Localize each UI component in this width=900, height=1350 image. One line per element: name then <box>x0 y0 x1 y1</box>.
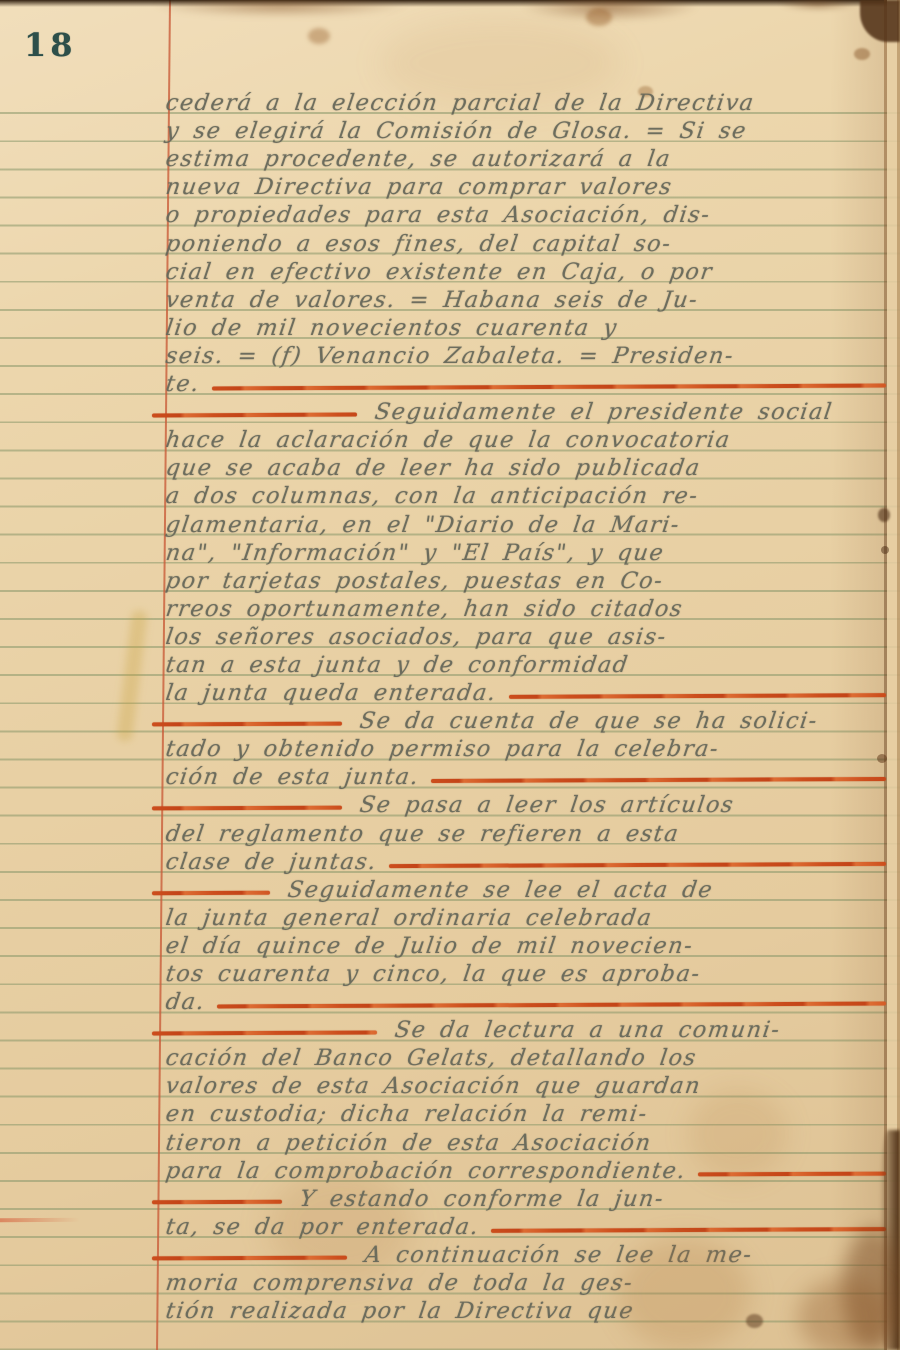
handwriting-text: ta, se da por enterada. <box>164 1215 481 1240</box>
handwriting-text: Se da lectura a una comuni- <box>393 1018 782 1043</box>
handwriting-text: la junta general ordinaria celebrada <box>164 906 654 931</box>
handwriting-text: por tarjetas postales, puestas en Co- <box>164 569 665 594</box>
stain <box>778 0 858 12</box>
handwriting-text: Y estando conforme la jun- <box>298 1187 666 1212</box>
handwriting-text: tan a esta junta y de conformidad <box>164 653 630 678</box>
red-paragraph-dash <box>152 1031 377 1036</box>
notebook-page: 18 cederá a la elección parcial de la Di… <box>0 0 900 1350</box>
handwriting-line: Y estando conforme la jun- <box>152 1184 888 1212</box>
red-end-rule <box>698 1171 886 1176</box>
red-paragraph-dash <box>152 722 342 727</box>
handwriting-text: los señores asociados, para que asis- <box>164 625 668 650</box>
stain <box>308 28 330 44</box>
handwriting-line: estima procedente, se autorizará a la <box>152 144 888 172</box>
handwriting-text: Se da cuenta de que se ha solici- <box>358 709 820 734</box>
handwriting-text: a dos columnas, con la anticipación re- <box>164 484 700 509</box>
handwriting-text: nueva Directiva para comprar valores <box>164 175 674 200</box>
handwriting-text: te. <box>164 372 202 397</box>
red-end-rule <box>389 862 886 868</box>
handwriting-text: en custodia; dicha relación la remi- <box>164 1102 649 1127</box>
handwriting-text: que se acaba de leer ha sido publicada <box>164 456 702 481</box>
handwriting-text: A continuación se lee la me- <box>363 1243 754 1268</box>
red-end-rule <box>431 777 886 783</box>
handwriting-line: tos cuarenta y cinco, la que es aproba- <box>152 959 888 987</box>
handwriting-line: hace la aclaración de que la convocatori… <box>152 425 888 453</box>
handwriting-text: ción de esta junta. <box>164 765 421 790</box>
handwriting-text: Seguidamente se lee el acta de <box>286 878 715 903</box>
handwriting-line: ción de esta junta. <box>152 762 888 790</box>
handwriting-text: tos cuarenta y cinco, la que es aproba- <box>164 962 702 987</box>
handwriting-text: o propiedades para esta Asociación, dis- <box>164 203 712 228</box>
handwriting-text: Seguidamente el presidente social <box>373 400 834 425</box>
handwriting-line: cial en efectivo existente en Caja, o po… <box>152 257 888 285</box>
handwriting-text: tieron a petición de esta Asociación <box>164 1131 653 1156</box>
handwriting-line: o propiedades para esta Asociación, dis- <box>152 200 888 228</box>
handwriting-text: valores de esta Asociación que guardan <box>164 1074 703 1099</box>
stain <box>520 0 700 22</box>
handwriting-line: A continuación se lee la me- <box>152 1240 888 1268</box>
handwriting-text: rreos oportunamente, han sido citados <box>164 597 685 622</box>
red-paragraph-dash <box>152 1256 347 1261</box>
handwriting-text: cederá a la elección parcial de la Direc… <box>164 91 756 116</box>
handwriting-text: venta de valores. = Habana seis de Ju- <box>164 288 700 313</box>
handwriting-line: del reglamento que se refieren a esta <box>152 818 888 846</box>
handwriting-text: clase de juntas. <box>164 850 379 875</box>
handwriting-line: que se acaba de leer ha sido publicada <box>152 453 888 481</box>
red-paragraph-dash <box>152 1199 282 1204</box>
handwriting-line: Se da lectura a una comuni- <box>152 1015 888 1043</box>
handwriting-text: y se elegirá la Comisión de Glosa. = Si … <box>164 119 749 144</box>
handwriting-text: moria comprensiva de toda la ges- <box>164 1271 635 1296</box>
handwriting-line: en custodia; dicha relación la remi- <box>152 1099 888 1127</box>
handwriting-line: y se elegirá la Comisión de Glosa. = Si … <box>152 116 888 144</box>
binding-corner <box>860 0 900 42</box>
handwriting-text: hace la aclaración de que la convocatori… <box>164 428 732 453</box>
top-edge-shadow <box>0 0 900 7</box>
red-end-rule <box>509 693 886 699</box>
red-paragraph-dash <box>152 890 270 895</box>
handwriting-line: tieron a petición de esta Asociación <box>152 1127 888 1155</box>
handwriting-line: seis. = (f) Venancio Zabaleta. = Preside… <box>152 341 888 369</box>
handwriting-line: el día quince de Julio de mil novecien- <box>152 931 888 959</box>
handwriting-line: da. <box>152 987 888 1015</box>
handwriting-line: ta, se da por enterada. <box>152 1212 888 1240</box>
handwriting-line: valores de esta Asociación que guardan <box>152 1071 888 1099</box>
handwriting-text: da. <box>164 990 207 1015</box>
stain <box>854 48 870 60</box>
handwriting-text: seis. = (f) Venancio Zabaleta. = Preside… <box>164 344 736 369</box>
handwriting-line: Seguidamente el presidente social <box>152 397 888 425</box>
handwriting-line: poniendo a esos fines, del capital so- <box>152 228 888 256</box>
handwriting-text: lio de mil novecientos cuarenta y <box>164 316 619 341</box>
handwriting-line: la junta queda enterada. <box>152 678 888 706</box>
red-end-rule <box>212 384 886 391</box>
handwriting-text: para la comprobación correspondiente. <box>164 1159 688 1184</box>
handwriting-text: na", "Información" y "El País", y que <box>164 541 666 566</box>
handwriting-line: venta de valores. = Habana seis de Ju- <box>152 285 888 313</box>
handwriting-line: los señores asociados, para que asis- <box>152 622 888 650</box>
handwriting-line: cación del Banco Gelats, detallando los <box>152 1043 888 1071</box>
handwriting-line: Se da cuenta de que se ha solici- <box>152 706 888 734</box>
handwriting-text: cación del Banco Gelats, detallando los <box>164 1046 698 1071</box>
handwriting-line: Se pasa a leer los artículos <box>152 790 888 818</box>
handwriting-line: clase de juntas. <box>152 847 888 875</box>
handwriting-line: tión realizada por la Directiva que <box>152 1296 888 1324</box>
handwriting-line: rreos oportunamente, han sido citados <box>152 594 888 622</box>
handwriting-line: cederá a la elección parcial de la Direc… <box>152 88 888 116</box>
handwriting-text: el día quince de Julio de mil novecien- <box>164 934 695 959</box>
handwriting-text: la junta queda enterada. <box>164 681 498 706</box>
handwriting-text: estima procedente, se autorizará a la <box>164 147 673 172</box>
handwriting-text: del reglamento que se refieren a esta <box>164 822 681 847</box>
stain <box>150 0 410 18</box>
stain <box>586 8 612 26</box>
handwriting-line: por tarjetas postales, puestas en Co- <box>152 566 888 594</box>
handwriting-line: nueva Directiva para comprar valores <box>152 172 888 200</box>
page-number: 18 <box>24 26 77 64</box>
handwriting-line: la junta general ordinaria celebrada <box>152 903 888 931</box>
red-end-rule <box>491 1227 886 1233</box>
handwriting-line: lio de mil novecientos cuarenta y <box>152 313 888 341</box>
handwriting-line: tan a esta junta y de conformidad <box>152 650 888 678</box>
handwriting-line: para la comprobación correspondiente. <box>152 1156 888 1184</box>
handwriting-line: moria comprensiva de toda la ges- <box>152 1268 888 1296</box>
handwriting-text: tado y obtenido permiso para la celebra- <box>164 737 721 762</box>
handwriting-line: Seguidamente se lee el acta de <box>152 875 888 903</box>
red-end-rule <box>217 1002 886 1009</box>
red-paragraph-dash <box>152 413 357 418</box>
handwriting-line: glamentaria, en el "Diario de la Mari- <box>152 509 888 537</box>
handwriting-line: a dos columnas, con la anticipación re- <box>152 481 888 509</box>
handwriting-text: poniendo a esos fines, del capital so- <box>164 232 673 257</box>
handwriting-text: cial en efectivo existente en Caja, o po… <box>164 260 715 285</box>
handwriting-line: tado y obtenido permiso para la celebra- <box>152 734 888 762</box>
handwriting-text: glamentaria, en el "Diario de la Mari- <box>164 513 682 538</box>
red-paragraph-dash <box>152 806 342 811</box>
handwriting-line: na", "Información" y "El País", y que <box>152 538 888 566</box>
handwriting-area: cederá a la elección parcial de la Direc… <box>152 88 888 1324</box>
handwriting-text: tión realizada por la Directiva que <box>164 1299 636 1324</box>
handwriting-line: te. <box>152 369 888 397</box>
handwriting-text: Se pasa a leer los artículos <box>358 793 736 818</box>
